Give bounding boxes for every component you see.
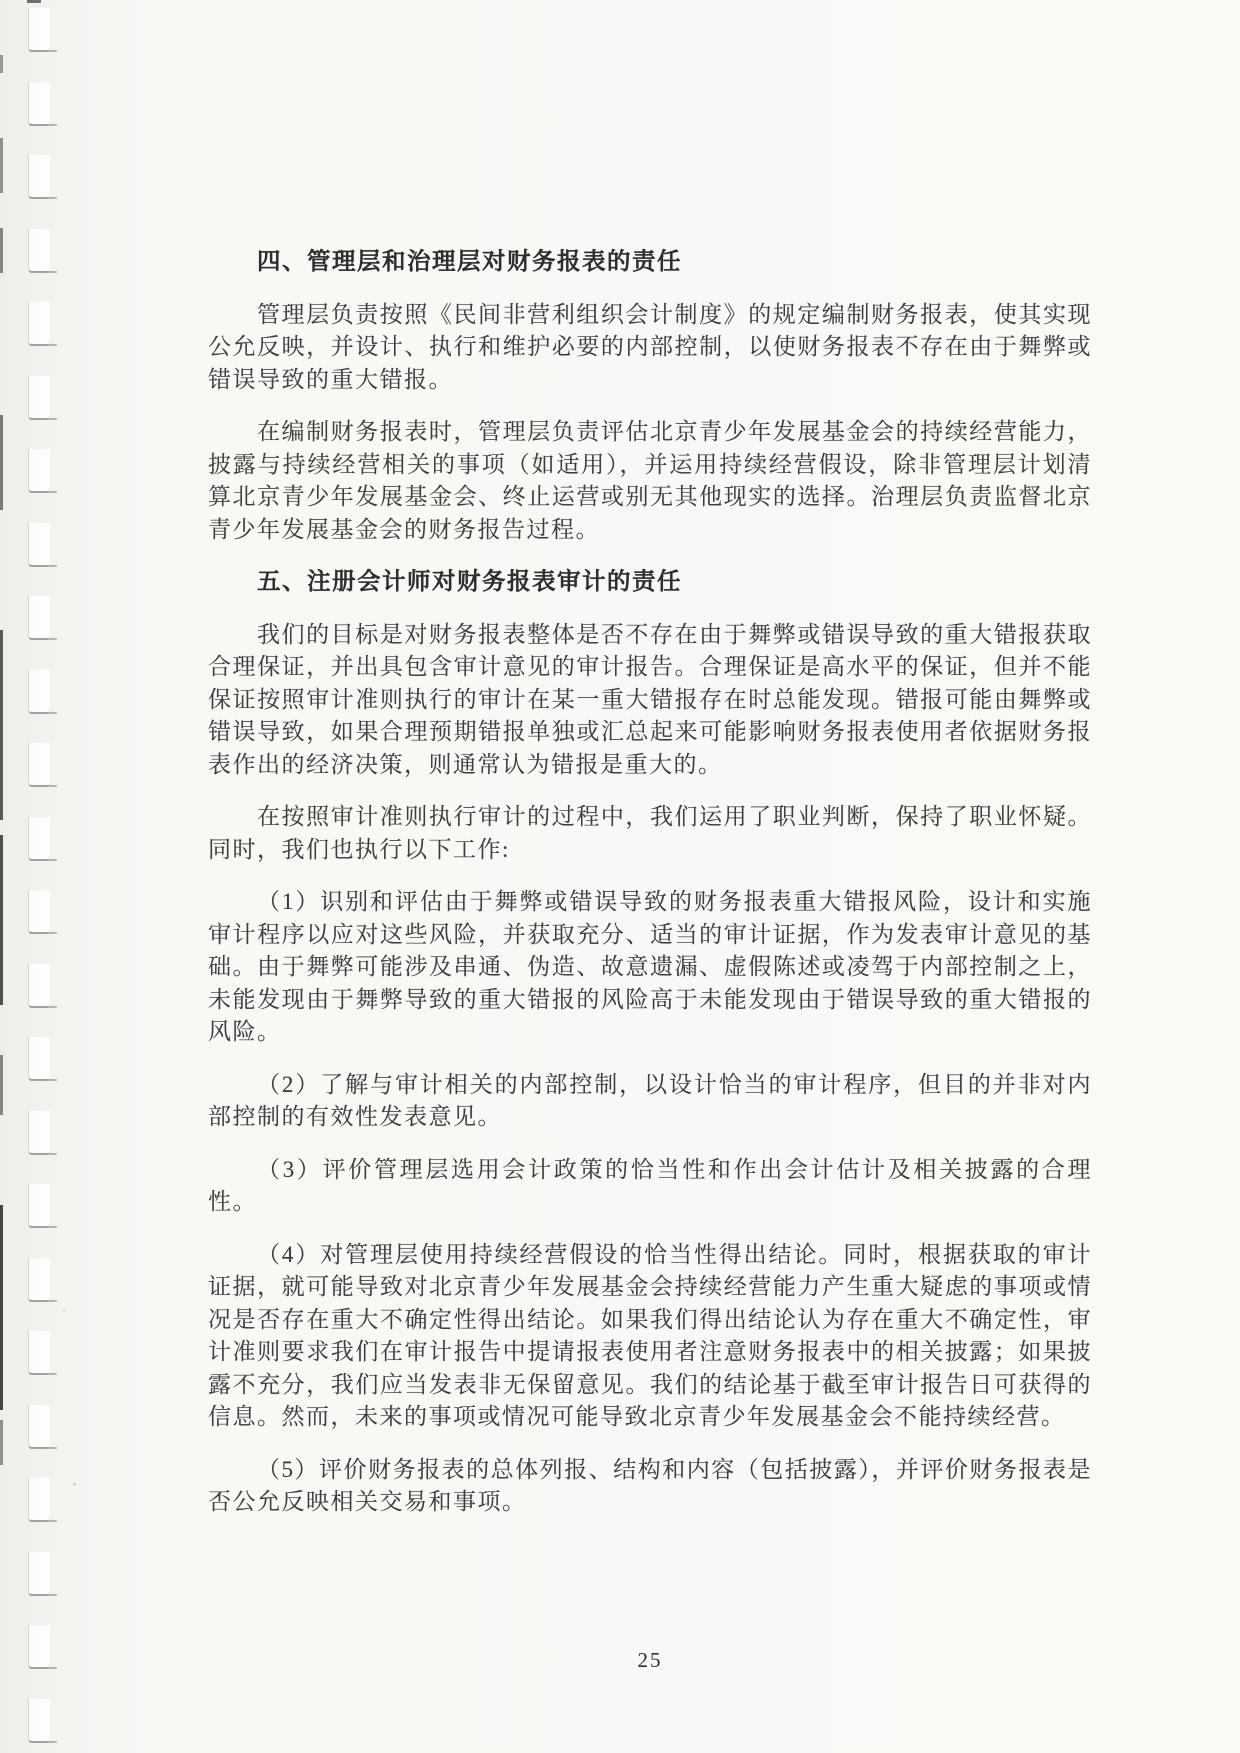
scan-edge-artifact bbox=[27, 0, 41, 3]
paragraph-item-1: （1）识别和评估由于舞弊或错误导致的财务报表重大错报风险，设计和实施审计程序以应… bbox=[208, 886, 1092, 1049]
binding-hole bbox=[28, 449, 50, 493]
binding-hole bbox=[28, 596, 50, 640]
binding-hole bbox=[28, 155, 50, 199]
binding-hole bbox=[28, 1037, 50, 1081]
scan-edge-artifact bbox=[0, 630, 3, 820]
binding-hole bbox=[28, 82, 50, 126]
scan-edge-artifact bbox=[0, 835, 3, 1005]
scan-edge-artifact bbox=[0, 55, 3, 73]
binding-hole bbox=[28, 1405, 50, 1449]
binding-hole bbox=[28, 1184, 50, 1228]
binding-hole bbox=[28, 1331, 50, 1375]
section-heading-auditor-responsibility: 五、注册会计师对财务报表审计的责任 bbox=[208, 566, 1092, 599]
binding-hole bbox=[28, 8, 50, 52]
scanned-page: 四、管理层和治理层对财务报表的责任 管理层负责按照《民间非营利组织会计制度》的规… bbox=[0, 0, 1240, 1753]
scan-edge-artifact bbox=[0, 1205, 3, 1410]
document-content: 四、管理层和治理层对财务报表的责任 管理层负责按照《民间非营利组织会计制度》的规… bbox=[208, 246, 1092, 1539]
scan-edge-artifact bbox=[0, 1055, 3, 1115]
binding-hole bbox=[28, 376, 50, 420]
binding-hole bbox=[28, 1625, 50, 1669]
binding-hole bbox=[28, 1478, 50, 1522]
paragraph-item-4: （4）对管理层使用持续经营假设的恰当性得出结论。同时，根据获取的审计证据，就可能… bbox=[208, 1239, 1092, 1434]
binding-hole bbox=[28, 1699, 50, 1743]
scan-edge-artifact bbox=[0, 415, 3, 510]
scan-speck bbox=[73, 1483, 76, 1486]
binding-hole bbox=[28, 964, 50, 1008]
binding-hole bbox=[28, 1552, 50, 1596]
binding-hole bbox=[28, 890, 50, 934]
binding-hole bbox=[28, 302, 50, 346]
binding-hole bbox=[28, 743, 50, 787]
scan-edge-artifact bbox=[0, 228, 3, 273]
paragraph: 我们的目标是对财务报表整体是否不存在由于舞弊或错误导致的重大错报获取合理保证，并… bbox=[208, 619, 1092, 782]
scan-edge-artifact bbox=[0, 138, 3, 193]
paragraph-item-5: （5）评价财务报表的总体列报、结构和内容（包括披露），并评价财务报表是否公允反映… bbox=[208, 1454, 1092, 1519]
scan-speck bbox=[63, 1310, 65, 1312]
binding-hole bbox=[28, 229, 50, 273]
paragraph: 在编制财务报表时，管理层负责评估北京青少年发展基金会的持续经营能力，披露与持续经… bbox=[208, 416, 1092, 546]
binding-hole bbox=[28, 523, 50, 567]
binding-hole bbox=[28, 1111, 50, 1155]
paragraph: 管理层负责按照《民间非营利组织会计制度》的规定编制财务报表，使其实现公允反映，并… bbox=[208, 299, 1092, 397]
paragraph-item-2: （2）了解与审计相关的内部控制，以设计恰当的审计程序，但目的并非对内部控制的有效… bbox=[208, 1069, 1092, 1134]
binding-hole bbox=[28, 1258, 50, 1302]
paragraph: 在按照审计准则执行审计的过程中，我们运用了职业判断，保持了职业怀疑。同时，我们也… bbox=[208, 801, 1092, 866]
binding-hole bbox=[28, 670, 50, 714]
page-number: 25 bbox=[208, 1648, 1092, 1673]
paragraph-item-3: （3）评价管理层选用会计政策的恰当性和作出会计估计及相关披露的合理性。 bbox=[208, 1154, 1092, 1219]
binding-hole bbox=[28, 817, 50, 861]
scan-edge-artifact bbox=[0, 1420, 3, 1465]
section-heading-management-responsibility: 四、管理层和治理层对财务报表的责任 bbox=[208, 246, 1092, 279]
